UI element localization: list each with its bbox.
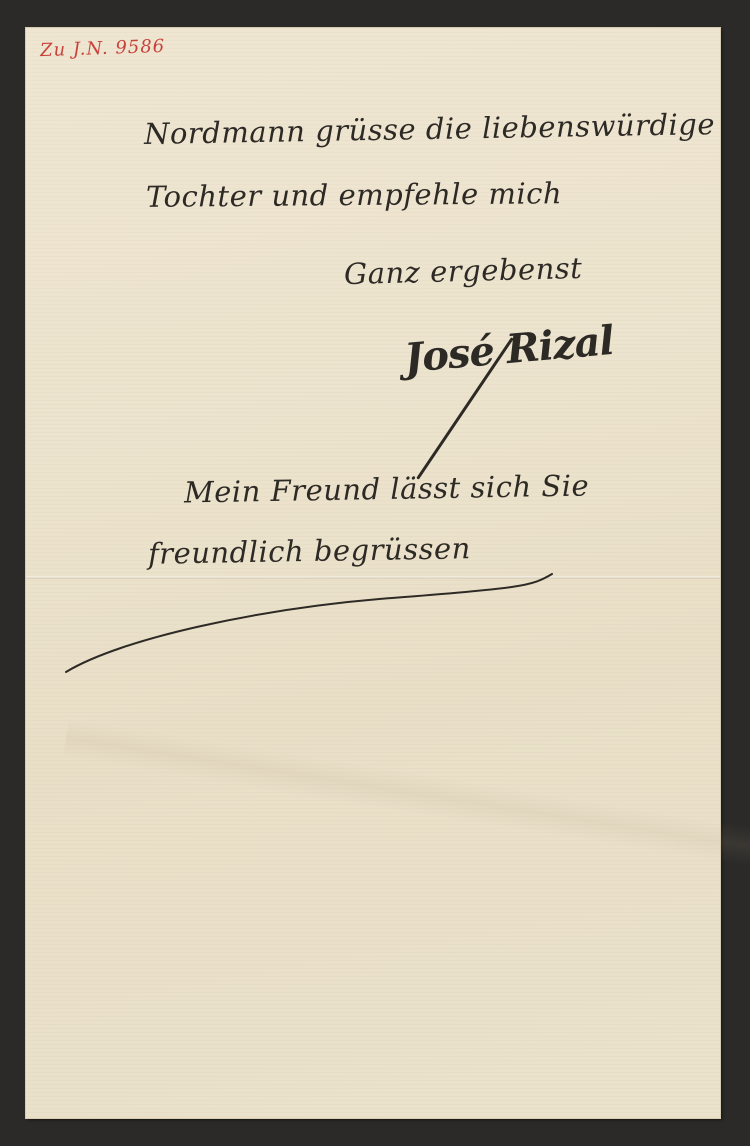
postscript-line-1: Mein Freund lässt sich Sie xyxy=(184,468,590,509)
signature: José Rizal xyxy=(402,317,615,382)
archive-number: Zu J.N. 9586 xyxy=(40,36,166,61)
letter-line-1: Nordmann grüsse die liebenswürdige xyxy=(144,107,716,151)
letter-line-2: Tochter und empfehle mich xyxy=(146,176,562,214)
diagonal-fold-shadow xyxy=(63,718,750,867)
postscript-line-2: freundlich begrüssen xyxy=(148,531,471,571)
letter-page: Zu J.N. 9586 Nordmann grüsse die liebens… xyxy=(26,28,720,1118)
closing-flourish xyxy=(62,568,562,678)
closing-salutation: Ganz ergebenst xyxy=(344,251,583,291)
